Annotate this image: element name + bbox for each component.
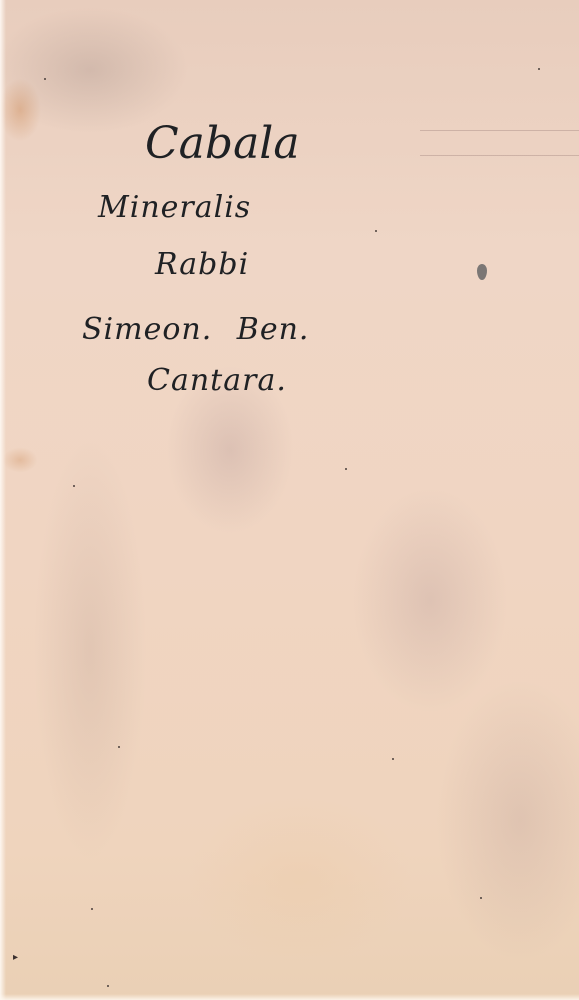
title-line-mineralis: Mineralis xyxy=(98,190,251,225)
speck xyxy=(345,468,347,470)
speck xyxy=(375,230,377,232)
title-line-cabala: Cabala xyxy=(145,118,300,169)
speck xyxy=(392,758,394,760)
manuscript-page: Cabala Mineralis Rabbi Simeon. Ben. Cant… xyxy=(0,0,579,1000)
speck xyxy=(480,897,482,899)
title-line-rabbi: Rabbi xyxy=(155,247,249,282)
speck xyxy=(107,985,109,987)
title-line-simeon-ben: Simeon. Ben. xyxy=(82,312,309,347)
speck xyxy=(538,68,540,70)
speck xyxy=(44,78,46,80)
speck xyxy=(73,485,75,487)
page-left-edge xyxy=(0,0,6,1000)
title-line-cantara: Cantara. xyxy=(147,363,287,398)
page-bottom-edge xyxy=(0,994,579,1000)
faint-ruled-line xyxy=(420,155,579,156)
speck xyxy=(118,746,120,748)
speck xyxy=(91,908,93,910)
ink-droplet-stain xyxy=(477,264,487,280)
faint-ruled-line xyxy=(420,130,579,131)
corner-ink-mark: ▸ xyxy=(13,952,21,958)
